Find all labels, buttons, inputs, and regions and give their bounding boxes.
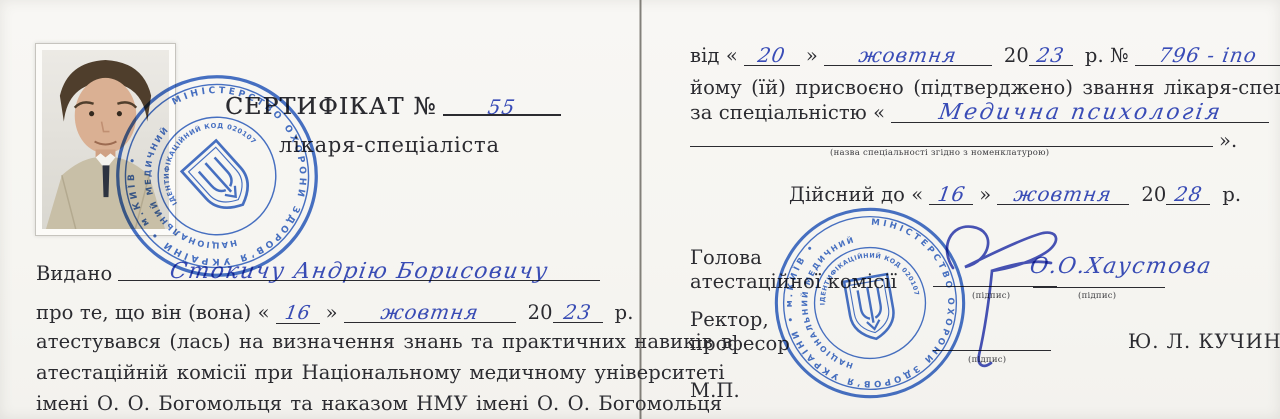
issued-label: Видано bbox=[36, 262, 112, 285]
valid-year-blank: 28 bbox=[1166, 184, 1210, 205]
from-month-handwritten: жовтня bbox=[857, 45, 958, 65]
specialty-prefix: за спеціальністю « bbox=[690, 101, 885, 124]
scanned-certificate: СЕРТИФІКАТ № 55 лікаря-спеціаліста Видан… bbox=[0, 0, 1280, 419]
from-year-handwritten: 23 bbox=[1036, 45, 1067, 65]
chair-signature-scribble bbox=[935, 213, 1070, 373]
trident-emblem bbox=[182, 140, 260, 220]
issued-to-row: Видано Стокичу Андрію Борисовичу bbox=[36, 262, 600, 285]
from-close-quote: » bbox=[806, 44, 818, 67]
attest-month-blank: жовтня bbox=[344, 302, 516, 323]
rector-name: Ю. Л. КУЧИН bbox=[1128, 330, 1280, 353]
valid-close-quote: » bbox=[979, 183, 991, 206]
stamp-code-text: ІДЕНТИФІКАЦІЙНИЙ КОД 02010787 bbox=[754, 191, 920, 322]
svg-text:ІДЕНТИФІКАЦІЙНИЙ КОД 02010787: ІДЕНТИФІКАЦІЙНИЙ КОД 02010787 bbox=[754, 191, 920, 322]
certificate-number-handwritten: 55 bbox=[486, 97, 517, 117]
from-mid: р. № bbox=[1085, 44, 1129, 67]
from-year-prefix: 20 bbox=[1004, 44, 1029, 67]
chair-label-1: Голова bbox=[690, 246, 762, 269]
valid-year-prefix: 20 bbox=[1141, 183, 1166, 206]
order-date-row: від « 20 » жовтня 20 23 р. № 796 - іпо bbox=[690, 44, 1280, 67]
specialty-handwritten: Медична психологія bbox=[937, 102, 1224, 124]
chair-name-caption: (підпис) bbox=[1078, 291, 1116, 301]
attest-year-handwritten: 23 bbox=[562, 302, 593, 322]
from-prefix: від « bbox=[690, 44, 738, 67]
attest-suffix: р. bbox=[615, 301, 634, 324]
specialty-close-quote: ». bbox=[1219, 129, 1237, 152]
specialty-blank-2 bbox=[690, 126, 1213, 147]
specialty-blank: Медична психологія bbox=[891, 102, 1269, 123]
from-year-blank: 23 bbox=[1029, 45, 1073, 66]
attest-close-quote: » bbox=[326, 301, 338, 324]
attest-prefix: про те, що він (вона) « bbox=[36, 301, 270, 324]
attest-year-blank: 23 bbox=[553, 302, 603, 323]
from-day-blank: 20 bbox=[744, 45, 800, 66]
attestation-body-paragraph: атестувався (лась) на визначення знань т… bbox=[36, 326, 732, 419]
attest-month-handwritten: жовтня bbox=[379, 302, 480, 322]
from-day-handwritten: 20 bbox=[757, 45, 788, 65]
attest-year-prefix: 20 bbox=[528, 301, 553, 324]
from-month-blank: жовтня bbox=[824, 45, 992, 66]
body-line-3: імені О. О. Богомольця та наказом НМУ ім… bbox=[36, 388, 732, 419]
valid-month-blank: жовтня bbox=[997, 184, 1129, 205]
valid-suffix: р. bbox=[1222, 183, 1241, 206]
trident-emblem bbox=[844, 274, 898, 342]
from-number-blank: 796 - іпо bbox=[1135, 45, 1280, 66]
conferred-line: йому (їй) присвоєно (підтверджено) званн… bbox=[690, 76, 1280, 99]
specialty-caption: (назва спеціальності згідно з номенклату… bbox=[830, 148, 1049, 158]
valid-year-handwritten: 28 bbox=[1173, 184, 1204, 204]
specialty-row: за спеціальністю « Медична психологія bbox=[690, 101, 1269, 124]
body-line-1: атестувався (лась) на визначення знань т… bbox=[36, 326, 732, 357]
attestation-date-row: про те, що він (вона) « 16 » жовтня 20 2… bbox=[36, 301, 634, 324]
attest-day-handwritten: 16 bbox=[284, 304, 312, 323]
from-number-handwritten: 796 - іпо bbox=[1157, 45, 1258, 65]
attest-day-blank: 16 bbox=[276, 303, 320, 324]
seal-place-mark: М.П. bbox=[690, 379, 740, 402]
certificate-number-blank: 55 bbox=[443, 97, 561, 116]
valid-until-row: Дійсний до « 16 » жовтня 20 28 р. bbox=[789, 183, 1241, 206]
rector-label-1: Ректор, bbox=[690, 308, 769, 331]
valid-month-handwritten: жовтня bbox=[1013, 184, 1114, 204]
body-line-2: атестаційній комісії при Національному м… bbox=[36, 357, 732, 388]
